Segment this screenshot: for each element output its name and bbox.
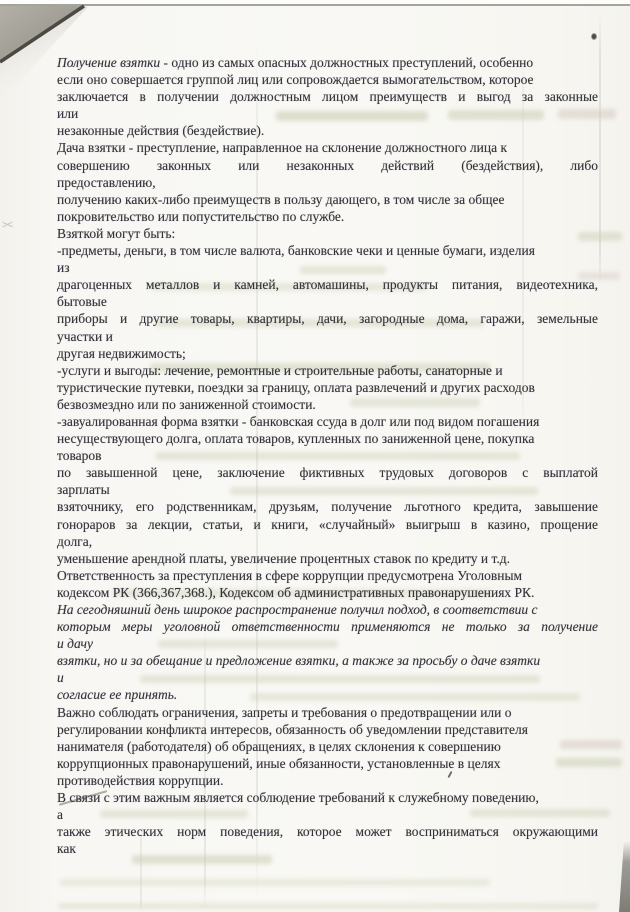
text-line: которым меры уголовной ответственности п…	[57, 618, 598, 635]
text-line: заключается в получении должностным лицо…	[57, 88, 598, 105]
text-line: гонораров за лекции, статьи, и книги, «с…	[57, 516, 598, 533]
text-line: также этических норм поведения, которое …	[57, 823, 598, 840]
text-line: приборы и другие товары, квартиры, дачи,…	[57, 310, 598, 327]
text-line: -услуги и выгоды: лечение, ремонтные и с…	[57, 362, 598, 379]
paper-crease	[599, 16, 601, 286]
text-line: нанимателя (работодателя) об обращениях,…	[57, 738, 598, 755]
text-line: и дачу	[57, 635, 598, 652]
text-line: покровительство или попустительство по с…	[57, 208, 598, 225]
text-line: кодексом РК (366,367,368.), Кодексом об …	[57, 584, 598, 601]
text-line: уменьшение арендной платы, увеличение пр…	[57, 550, 598, 567]
ink-dot	[591, 33, 597, 40]
lead-term: Получение взятки	[57, 55, 160, 70]
text-line: На сегодняшний день широкое распростране…	[57, 601, 598, 618]
text-line: товаров	[57, 447, 598, 464]
text-line: участки и	[57, 328, 598, 345]
text-line: незаконные действия (бездействие).	[57, 122, 598, 139]
text-line: согласие ее принять.	[57, 686, 598, 703]
text-line: Важно соблюдать ограничения, запреты и т…	[57, 704, 598, 721]
text-line: коррупционных правонарушений, иные обяза…	[57, 755, 598, 772]
text-line: В связи с этим важным является соблюдени…	[57, 789, 598, 806]
text-line: долга,	[57, 533, 598, 550]
text-line: регулировании конфликта интересов, обяза…	[57, 721, 598, 738]
text-line: как	[57, 840, 598, 857]
text-line: по завышенной цене, заключение фиктивных…	[57, 464, 598, 481]
text-line: взятки, но и за обещание и предложение в…	[57, 652, 598, 669]
text-line: совершению законных или незаконных дейст…	[57, 157, 598, 174]
text-line: туристические путевки, поездки за границ…	[57, 379, 598, 396]
text-line: если оно совершается группой лиц или соп…	[57, 71, 598, 88]
text-line: получению каких-либо преимуществ в польз…	[57, 191, 598, 208]
margin-smudge-mark	[2, 220, 13, 229]
text-line: зарплаты	[57, 481, 598, 498]
text-line: а	[57, 806, 598, 823]
scanned-page: Получение взятки - одно из самых опасных…	[0, 0, 630, 912]
text-line: безвозмездно или по заниженной стоимости…	[57, 396, 598, 413]
text-line: взяточнику, его родственникам, друзьям, …	[57, 498, 598, 515]
bleed-through-text	[60, 879, 490, 886]
text-line: бытовые	[57, 293, 598, 310]
text-line: Взяткой могут быть:	[57, 225, 598, 242]
text-line: драгоценных металлов и камней, автомашин…	[57, 276, 598, 293]
bleed-through-text	[58, 903, 598, 909]
text-line: и	[57, 669, 598, 686]
scan-edge-strip	[619, 841, 630, 912]
text-line: Дача взятки - преступление, направленное…	[57, 139, 598, 156]
text-line: из	[57, 259, 598, 276]
text-line: Получение взятки - одно из самых опасных…	[57, 54, 598, 71]
text-line: другая недвижимость;	[57, 345, 598, 362]
text-line: несуществующего долга, оплата товаров, к…	[57, 430, 598, 447]
text-line: Ответственность за преступления в сфере …	[57, 567, 598, 584]
text-line: противодействия коррупции.	[57, 772, 598, 789]
text-line: или	[57, 105, 598, 122]
text-line: -завуалированная форма взятки - банковск…	[57, 413, 598, 430]
text-line: предоставлению,	[57, 174, 598, 191]
text-line: -предметы, деньги, в том числе валюта, б…	[57, 242, 598, 259]
document-text: Получение взятки - одно из самых опасных…	[57, 54, 598, 857]
